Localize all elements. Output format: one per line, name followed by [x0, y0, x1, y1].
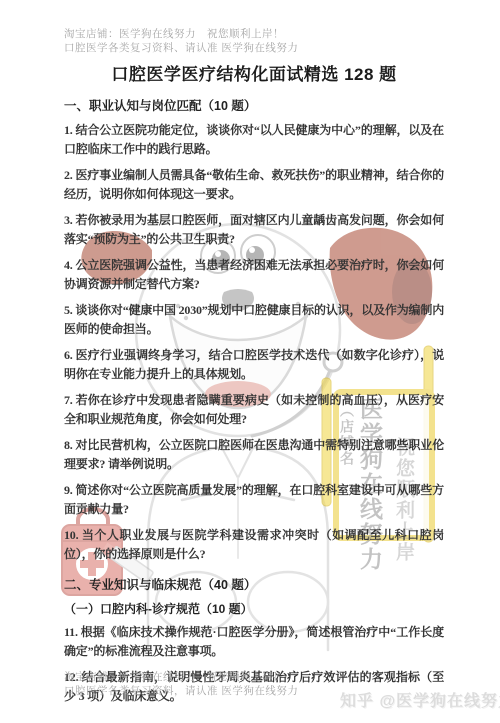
footer-note-line2: 口腔医学各类复习资料，请认准 医学狗在线努力 — [64, 684, 298, 698]
section2-heading: 二、专业知识与临床规范（40 题） — [64, 578, 444, 593]
header-note-line2: 口腔医学各类复习资料、请认准 医学狗在线努力 — [64, 41, 444, 55]
question-8: 8. 对比民营机构，公立医院口腔医师在医患沟通中需特别注意哪些职业伦理要求? 请… — [64, 436, 444, 474]
question-11: 11. 根据《临床技术操作规范·口腔医学分册》，简述根管治疗中“工作长度确定”的… — [64, 623, 444, 661]
question-4: 4. 公立医院强调公益性，当患者经济困难无法承担必要治疗时，你会如何协调资源并制… — [64, 256, 444, 294]
document-title: 口腔医学医疗结构化面试精选 128 题 — [64, 64, 444, 85]
question-5: 5. 谈谈你对“健康中国 2030”规划中口腔健康目标的认识，以及作为编制内医师… — [64, 301, 444, 339]
page-container: （店铺名 医学狗在线努力 祝您顺利上岸 知乎 @医学狗在线努力 淘宝店铺：医学狗… — [0, 0, 500, 723]
subsection1-heading: （一）口腔内科-诊疗规范（10 题） — [64, 602, 444, 616]
footer: 淘宝店铺：医学狗在线努力 祝您顺利上岸！ 口腔医学各类复习资料，请认准 医学狗在… — [64, 670, 298, 698]
section1-heading: 一、职业认知与岗位匹配（10 题） — [64, 99, 444, 114]
question-10: 10. 当个人职业发展与医院学科建设需求冲突时（如调配至儿科口腔岗位），你的选择… — [64, 526, 444, 564]
question-1: 1. 结合公立医院功能定位，谈谈你对“以人民健康为中心”的理解，以及在口腔临床工… — [64, 121, 444, 159]
question-2: 2. 医疗事业编制人员需具备“敬佑生命、救死扶伤”的职业精神，结合你的经历，说明… — [64, 166, 444, 204]
header-note-line1: 淘宝店铺：医学狗在线努力 祝您顺利上岸！ — [64, 27, 444, 41]
footer-note-line1: 淘宝店铺：医学狗在线努力 祝您顺利上岸！ — [64, 670, 298, 684]
question-3: 3. 若你被录用为基层口腔医师，面对辖区内儿童龋齿高发问题，你会如何落实“预防为… — [64, 211, 444, 249]
question-6: 6. 医疗行业强调终身学习，结合口腔医学技术迭代（如数字化诊疗），说明你在专业能… — [64, 346, 444, 384]
question-9: 9. 简述你对“公立医院高质量发展”的理解，在口腔科室建设中可从哪些方面贡献力量… — [64, 481, 444, 519]
document-content: 淘宝店铺：医学狗在线努力 祝您顺利上岸！ 口腔医学各类复习资料、请认准 医学狗在… — [64, 27, 444, 706]
question-7: 7. 若你在诊疗中发现患者隐瞒重要病史（如未控制的高血压），从医疗安全和职业规范… — [64, 391, 444, 429]
